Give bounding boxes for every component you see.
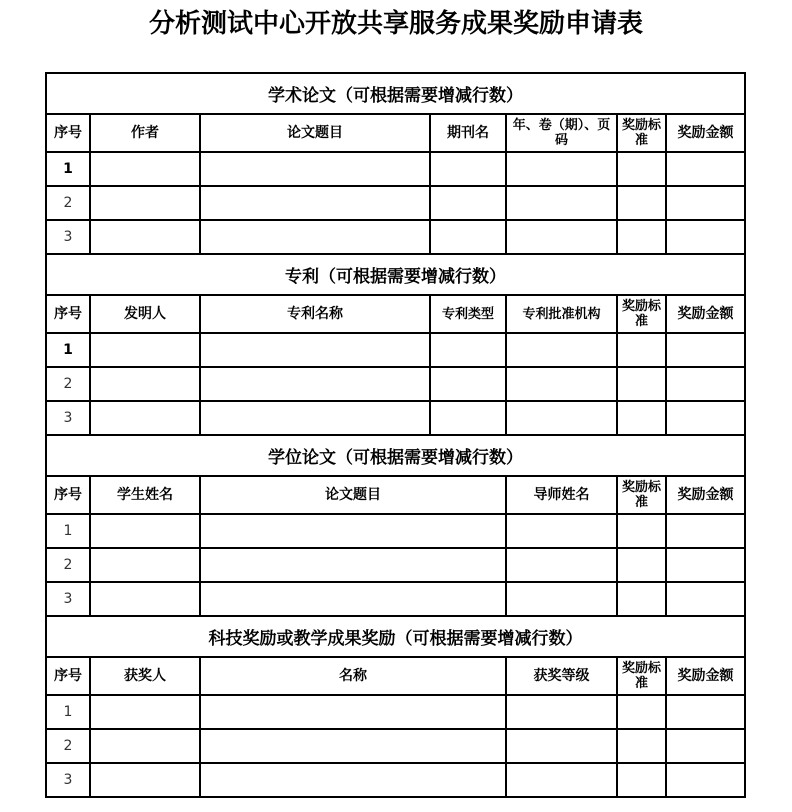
award-amount-cell[interactable] — [666, 367, 745, 401]
award-amount-cell[interactable] — [666, 220, 745, 254]
table-row: 2 — [46, 367, 745, 401]
award-name-cell[interactable] — [200, 763, 506, 797]
advisor-name-cell[interactable] — [506, 514, 617, 548]
col-header-awardee: 获奖人 — [90, 657, 200, 695]
award-amount-cell[interactable] — [666, 763, 745, 797]
advisor-name-cell[interactable] — [506, 582, 617, 616]
awardee-cell[interactable] — [90, 763, 200, 797]
col-header-index: 序号 — [46, 657, 90, 695]
row-index: 2 — [46, 367, 90, 401]
col-header-award-name: 名称 — [200, 657, 506, 695]
patent-name-cell[interactable] — [200, 333, 430, 367]
year-volume-pages-cell[interactable] — [506, 152, 617, 186]
award-standard-cell[interactable] — [617, 763, 666, 797]
award-standard-cell[interactable] — [617, 695, 666, 729]
row-index: 1 — [46, 695, 90, 729]
section-theses-heading: 学位论文（可根据需要增减行数） — [46, 435, 745, 476]
award-application-table: 学术论文（可根据需要增减行数） 序号 作者 论文题目 期刊名 年、卷（期）、页码… — [45, 72, 746, 798]
col-header-award-amount: 奖励金额 — [666, 657, 745, 695]
journal-cell[interactable] — [430, 186, 506, 220]
col-header-award-level: 获奖等级 — [506, 657, 617, 695]
student-name-cell[interactable] — [90, 548, 200, 582]
col-header-award-amount: 奖励金额 — [666, 114, 745, 152]
table-row: 3 — [46, 763, 745, 797]
table-row: 1 — [46, 152, 745, 186]
row-index: 2 — [46, 729, 90, 763]
awardee-cell[interactable] — [90, 695, 200, 729]
inventor-cell[interactable] — [90, 333, 200, 367]
section-theses-heading-row: 学位论文（可根据需要增减行数） — [46, 435, 745, 476]
table-row: 3 — [46, 582, 745, 616]
table-row: 1 — [46, 514, 745, 548]
col-header-index: 序号 — [46, 114, 90, 152]
award-name-cell[interactable] — [200, 729, 506, 763]
inventor-cell[interactable] — [90, 401, 200, 435]
award-amount-cell[interactable] — [666, 152, 745, 186]
student-name-cell[interactable] — [90, 582, 200, 616]
award-standard-cell[interactable] — [617, 333, 666, 367]
row-index: 1 — [46, 514, 90, 548]
year-volume-pages-cell[interactable] — [506, 220, 617, 254]
patent-authority-cell[interactable] — [506, 401, 617, 435]
award-amount-cell[interactable] — [666, 186, 745, 220]
patents-header-row: 序号 发明人 专利名称 专利类型 专利批准机构 奖励标准 奖励金额 — [46, 295, 745, 333]
col-header-award-standard: 奖励标准 — [617, 476, 666, 514]
section-patents-heading: 专利（可根据需要增减行数） — [46, 254, 745, 295]
col-header-award-standard: 奖励标准 — [617, 657, 666, 695]
table-row: 2 — [46, 186, 745, 220]
award-level-cell[interactable] — [506, 695, 617, 729]
inventor-cell[interactable] — [90, 367, 200, 401]
table-row: 1 — [46, 333, 745, 367]
advisor-name-cell[interactable] — [506, 548, 617, 582]
author-cell[interactable] — [90, 186, 200, 220]
award-standard-cell[interactable] — [617, 514, 666, 548]
journal-cell[interactable] — [430, 152, 506, 186]
award-standard-cell[interactable] — [617, 548, 666, 582]
paper-title-cell[interactable] — [200, 152, 430, 186]
col-header-journal: 期刊名 — [430, 114, 506, 152]
col-header-author: 作者 — [90, 114, 200, 152]
award-standard-cell[interactable] — [617, 152, 666, 186]
section-papers-heading-row: 学术论文（可根据需要增减行数） — [46, 73, 745, 114]
row-index: 3 — [46, 582, 90, 616]
row-index: 2 — [46, 548, 90, 582]
col-header-patent-name: 专利名称 — [200, 295, 430, 333]
section-awards-heading: 科技奖励或教学成果奖励（可根据需要增减行数） — [46, 616, 745, 657]
row-index: 1 — [46, 333, 90, 367]
col-header-award-amount: 奖励金额 — [666, 476, 745, 514]
patent-authority-cell[interactable] — [506, 367, 617, 401]
award-level-cell[interactable] — [506, 729, 617, 763]
col-header-year-volume-pages: 年、卷（期）、页码 — [506, 114, 617, 152]
col-header-index: 序号 — [46, 295, 90, 333]
section-patents-heading-row: 专利（可根据需要增减行数） — [46, 254, 745, 295]
award-amount-cell[interactable] — [666, 401, 745, 435]
col-header-patent-authority: 专利批准机构 — [506, 295, 617, 333]
form-title: 分析测试中心开放共享服务成果奖励申请表 — [0, 6, 792, 42]
student-name-cell[interactable] — [90, 514, 200, 548]
table-row: 2 — [46, 729, 745, 763]
award-standard-cell[interactable] — [617, 220, 666, 254]
table-row: 3 — [46, 401, 745, 435]
paper-title-cell[interactable] — [200, 220, 430, 254]
author-cell[interactable] — [90, 152, 200, 186]
award-standard-cell[interactable] — [617, 582, 666, 616]
col-header-patent-type: 专利类型 — [430, 295, 506, 333]
patent-type-cell[interactable] — [430, 401, 506, 435]
award-level-cell[interactable] — [506, 763, 617, 797]
row-index: 3 — [46, 401, 90, 435]
row-index: 3 — [46, 220, 90, 254]
patent-name-cell[interactable] — [200, 401, 430, 435]
col-header-paper-title: 论文题目 — [200, 114, 430, 152]
journal-cell[interactable] — [430, 220, 506, 254]
award-amount-cell[interactable] — [666, 582, 745, 616]
col-header-index: 序号 — [46, 476, 90, 514]
section-awards-heading-row: 科技奖励或教学成果奖励（可根据需要增减行数） — [46, 616, 745, 657]
col-header-award-amount: 奖励金额 — [666, 295, 745, 333]
award-amount-cell[interactable] — [666, 548, 745, 582]
award-amount-cell[interactable] — [666, 514, 745, 548]
award-standard-cell[interactable] — [617, 367, 666, 401]
table-row: 1 — [46, 695, 745, 729]
thesis-title-cell[interactable] — [200, 582, 506, 616]
row-index: 3 — [46, 763, 90, 797]
table-row: 3 — [46, 220, 745, 254]
row-index: 2 — [46, 186, 90, 220]
award-standard-cell[interactable] — [617, 729, 666, 763]
thesis-title-cell[interactable] — [200, 548, 506, 582]
award-amount-cell[interactable] — [666, 695, 745, 729]
year-volume-pages-cell[interactable] — [506, 186, 617, 220]
patent-name-cell[interactable] — [200, 367, 430, 401]
award-name-cell[interactable] — [200, 695, 506, 729]
awards-header-row: 序号 获奖人 名称 获奖等级 奖励标准 奖励金额 — [46, 657, 745, 695]
row-index: 1 — [46, 152, 90, 186]
col-header-thesis-title: 论文题目 — [200, 476, 506, 514]
patent-type-cell[interactable] — [430, 333, 506, 367]
award-standard-cell[interactable] — [617, 186, 666, 220]
award-amount-cell[interactable] — [666, 333, 745, 367]
author-cell[interactable] — [90, 220, 200, 254]
patent-authority-cell[interactable] — [506, 333, 617, 367]
theses-header-row: 序号 学生姓名 论文题目 导师姓名 奖励标准 奖励金额 — [46, 476, 745, 514]
papers-header-row: 序号 作者 论文题目 期刊名 年、卷（期）、页码 奖励标准 奖励金额 — [46, 114, 745, 152]
col-header-inventor: 发明人 — [90, 295, 200, 333]
patent-type-cell[interactable] — [430, 367, 506, 401]
col-header-award-standard: 奖励标准 — [617, 295, 666, 333]
col-header-award-standard: 奖励标准 — [617, 114, 666, 152]
award-amount-cell[interactable] — [666, 729, 745, 763]
paper-title-cell[interactable] — [200, 186, 430, 220]
col-header-advisor-name: 导师姓名 — [506, 476, 617, 514]
section-papers-heading: 学术论文（可根据需要增减行数） — [46, 73, 745, 114]
awardee-cell[interactable] — [90, 729, 200, 763]
award-standard-cell[interactable] — [617, 401, 666, 435]
table-row: 2 — [46, 548, 745, 582]
thesis-title-cell[interactable] — [200, 514, 506, 548]
col-header-student-name: 学生姓名 — [90, 476, 200, 514]
